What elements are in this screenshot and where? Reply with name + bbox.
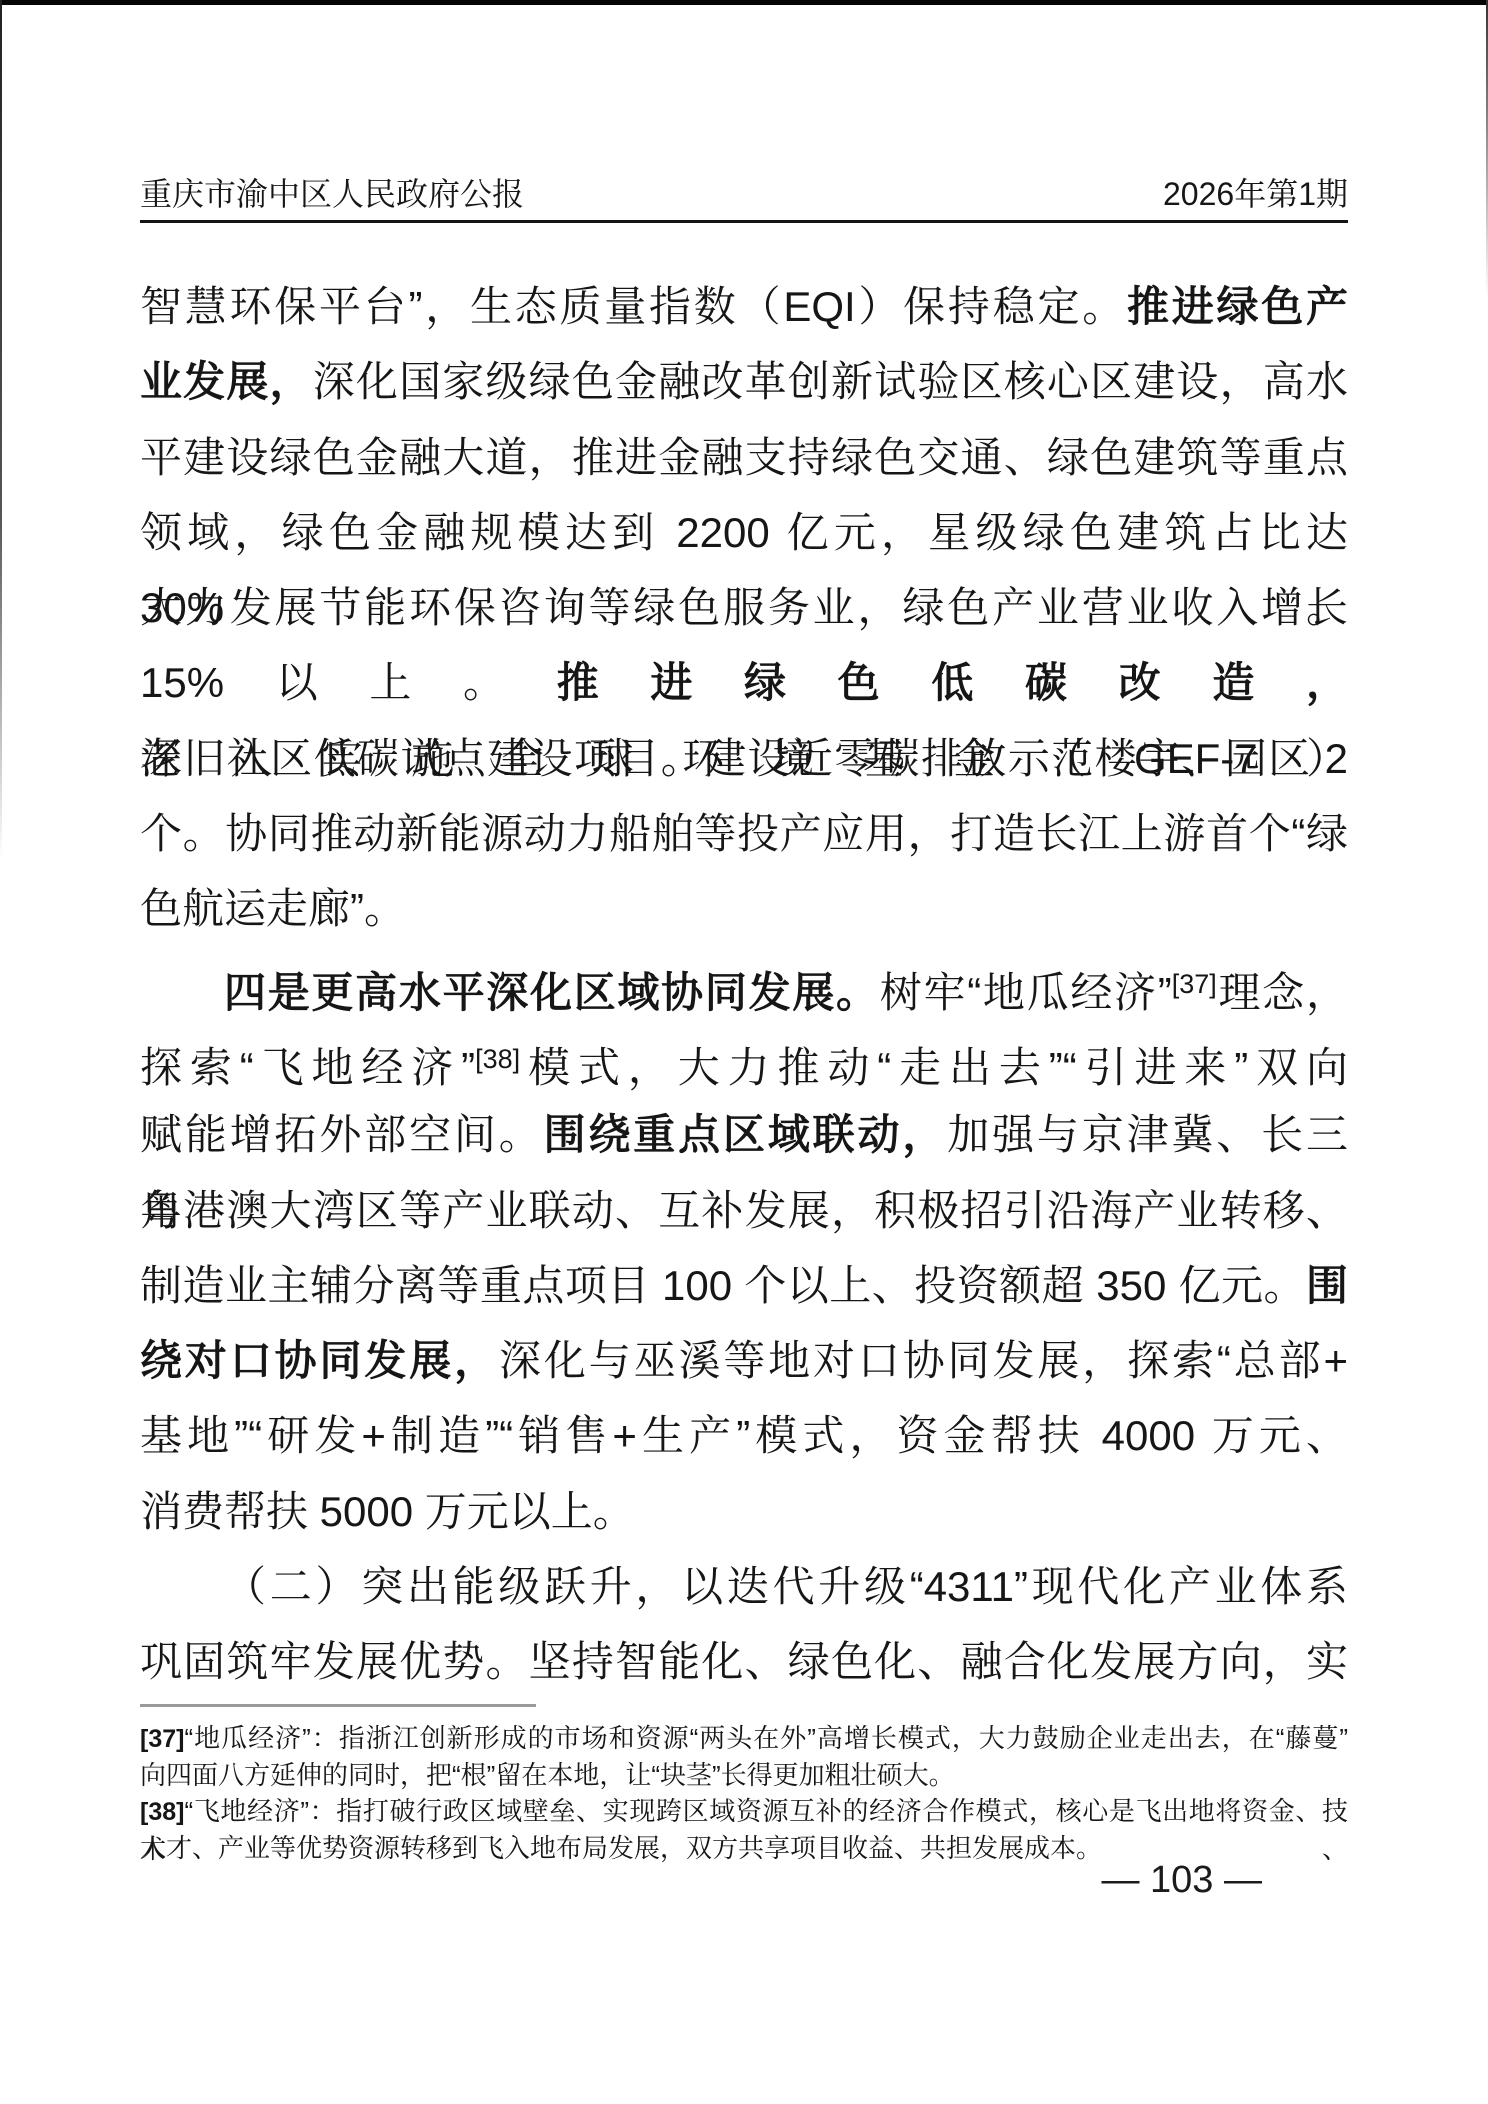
body-line: 制造业主辅分离等重点项目 100 个以上、投资额超 350 亿元。围 bbox=[140, 1248, 1348, 1323]
body-line: 领域，绿色金融规模达到 2200 亿元，星级绿色建筑占比达 30%。 bbox=[140, 495, 1348, 570]
text-segment: 探索“飞地经济” bbox=[140, 1044, 475, 1091]
document-page: 重庆市渝中区人民政府公报 2026年第1期 智慧环保平台”，生态质量指数（EQI… bbox=[0, 0, 1488, 2104]
bold-text-segment: 围 bbox=[1306, 1262, 1348, 1309]
body-line: （二）突出能级跃升，以迭代升级“4311”现代化产业体系 bbox=[140, 1549, 1348, 1624]
bold-text-segment: 绕对口协同发展， bbox=[140, 1337, 499, 1384]
footnote-marker: [37] bbox=[140, 1725, 184, 1753]
text-segment: 色航运走廊”。 bbox=[140, 885, 406, 932]
text-segment: 15%以上。 bbox=[140, 659, 557, 706]
footnote-ref: [37] bbox=[1172, 969, 1217, 999]
bold-text-segment: 推进绿色产 bbox=[1127, 283, 1348, 330]
text-segment: 智慧环保平台”，生态质量指数（EQI）保持稳定。 bbox=[140, 283, 1127, 330]
text-segment: 平建设绿色金融大道，推进金融支持绿色交通、绿色建筑等重点 bbox=[140, 434, 1348, 481]
footnote-separator bbox=[140, 1704, 536, 1707]
body-line: 基地”“研发+制造”“销售+生产”模式，资金帮扶 4000 万元、 bbox=[140, 1398, 1348, 1473]
text-segment: 个。协同推动新能源动力船舶等投产应用，打造长江上游首个“绿 bbox=[140, 810, 1348, 857]
body-line: 大力发展节能环保咨询等绿色服务业，绿色产业营业收入增长 bbox=[140, 570, 1348, 645]
page-header: 重庆市渝中区人民政府公报 2026年第1期 bbox=[140, 172, 1348, 216]
body-line: 粤港澳大湾区等产业联动、互补发展，积极招引沿海产业转移、 bbox=[140, 1173, 1348, 1248]
text-segment: 模式，大力推动“走出去”“引进来”双向 bbox=[520, 1044, 1348, 1091]
footnote-line: 向四面八方延伸的同时，把“根”留在本地，让“块茎”长得更加粗壮硕大。 bbox=[140, 1757, 1348, 1794]
text-segment: 巩固筑牢发展优势。坚持智能化、绿色化、融合化发展方向，实 bbox=[140, 1638, 1348, 1685]
text-segment: 粤港澳大湾区等产业联动、互补发展，积极招引沿海产业转移、 bbox=[140, 1187, 1348, 1234]
footnote-line: [38]“飞地经济”：指打破行政区域壁垒、实现跨区域资源互补的经济合作模式，核心… bbox=[140, 1793, 1348, 1830]
text-segment: 制造业主辅分离等重点项目 100 个以上、投资额超 350 亿元。 bbox=[140, 1262, 1306, 1309]
text-segment: （二）突出能级跃升，以迭代升级“4311”现代化产业体系 bbox=[224, 1563, 1348, 1610]
scan-edge-top bbox=[0, 0, 1488, 5]
bold-text-segment: 业发展， bbox=[140, 358, 313, 405]
footnote-text: 人才、产业等优势资源转移到飞入地布局发展，双方共享项目收益、共担发展成本。 bbox=[140, 1833, 1102, 1863]
bold-text-segment: 围绕重点区域联动， bbox=[544, 1111, 948, 1158]
header-issue: 2026年第1期 bbox=[1163, 172, 1348, 216]
text-segment: 深化与巫溪等地对口协同发展，探索“总部+ bbox=[499, 1337, 1348, 1384]
text-segment: 大力发展节能环保咨询等绿色服务业，绿色产业营业收入增长 bbox=[140, 584, 1348, 631]
footnote-ref: [38] bbox=[475, 1044, 520, 1074]
body-line: 个。协同推动新能源动力船舶等投产应用，打造长江上游首个“绿 bbox=[140, 796, 1348, 871]
bold-text-segment: 推进绿色低碳改造， bbox=[557, 659, 1348, 706]
footnote-text: 向四面八方延伸的同时，把“根”留在本地，让“块茎”长得更加粗壮硕大。 bbox=[140, 1760, 955, 1790]
text-segment: 树牢“地瓜经济” bbox=[880, 969, 1172, 1016]
footnote-marker: [38] bbox=[140, 1798, 184, 1826]
text-segment: 赋能增拓外部空间。 bbox=[140, 1111, 544, 1158]
body-line: 老旧社区低碳试点建设项目。建设近零碳排放示范楼宇、园区 2 bbox=[140, 721, 1348, 796]
body-text: 智慧环保平台”，生态质量指数（EQI）保持稳定。推进绿色产业发展，深化国家级绿色… bbox=[140, 269, 1348, 1700]
body-line: 15%以上。推进绿色低碳改造，深入实施全球环境基金（GEF-7） bbox=[140, 645, 1348, 720]
text-segment: 消费帮扶 5000 万元以上。 bbox=[140, 1488, 635, 1535]
page-number: — 103 — bbox=[1101, 1858, 1262, 1902]
body-line: 赋能增拓外部空间。围绕重点区域联动，加强与京津冀、长三角、 bbox=[140, 1097, 1348, 1172]
header-publication-title: 重庆市渝中区人民政府公报 bbox=[140, 172, 524, 216]
text-segment: 老旧社区低碳试点建设项目。建设近零碳排放示范楼宇、园区 2 bbox=[140, 735, 1348, 782]
footnote-line: [37]“地瓜经济”：指浙江创新形成的市场和资源“两头在外”高增长模式，大力鼓励… bbox=[140, 1720, 1348, 1757]
footnote-text: “地瓜经济”：指浙江创新形成的市场和资源“两头在外”高增长模式，大力鼓励企业走出… bbox=[184, 1723, 1348, 1753]
header-rule bbox=[140, 220, 1348, 223]
body-line: 绕对口协同发展，深化与巫溪等地对口协同发展，探索“总部+ bbox=[140, 1323, 1348, 1398]
text-segment: 深化国家级绿色金融改革创新试验区核心区建设，高水 bbox=[313, 358, 1348, 405]
bold-text-segment: 四是更高水平深化区域协同发展。 bbox=[224, 969, 880, 1016]
body-line: 色航运走廊”。 bbox=[140, 871, 1348, 946]
body-line: 探索“飞地经济”[38]模式，大力推动“走出去”“引进来”双向 bbox=[140, 1022, 1348, 1097]
text-segment: 基地”“研发+制造”“销售+生产”模式，资金帮扶 4000 万元、 bbox=[140, 1412, 1348, 1459]
body-line: 平建设绿色金融大道，推进金融支持绿色交通、绿色建筑等重点 bbox=[140, 420, 1348, 495]
body-line: 四是更高水平深化区域协同发展。树牢“地瓜经济”[37]理念， bbox=[140, 947, 1348, 1022]
footnotes: [37]“地瓜经济”：指浙江创新形成的市场和资源“两头在外”高增长模式，大力鼓励… bbox=[140, 1720, 1348, 1866]
body-line: 巩固筑牢发展优势。坚持智能化、绿色化、融合化发展方向，实 bbox=[140, 1624, 1348, 1699]
body-line: 业发展，深化国家级绿色金融改革创新试验区核心区建设，高水 bbox=[140, 344, 1348, 419]
scan-edge-left bbox=[0, 0, 2, 860]
body-line: 智慧环保平台”，生态质量指数（EQI）保持稳定。推进绿色产 bbox=[140, 269, 1348, 344]
text-segment: 理念， bbox=[1217, 969, 1348, 1016]
body-line: 消费帮扶 5000 万元以上。 bbox=[140, 1474, 1348, 1549]
